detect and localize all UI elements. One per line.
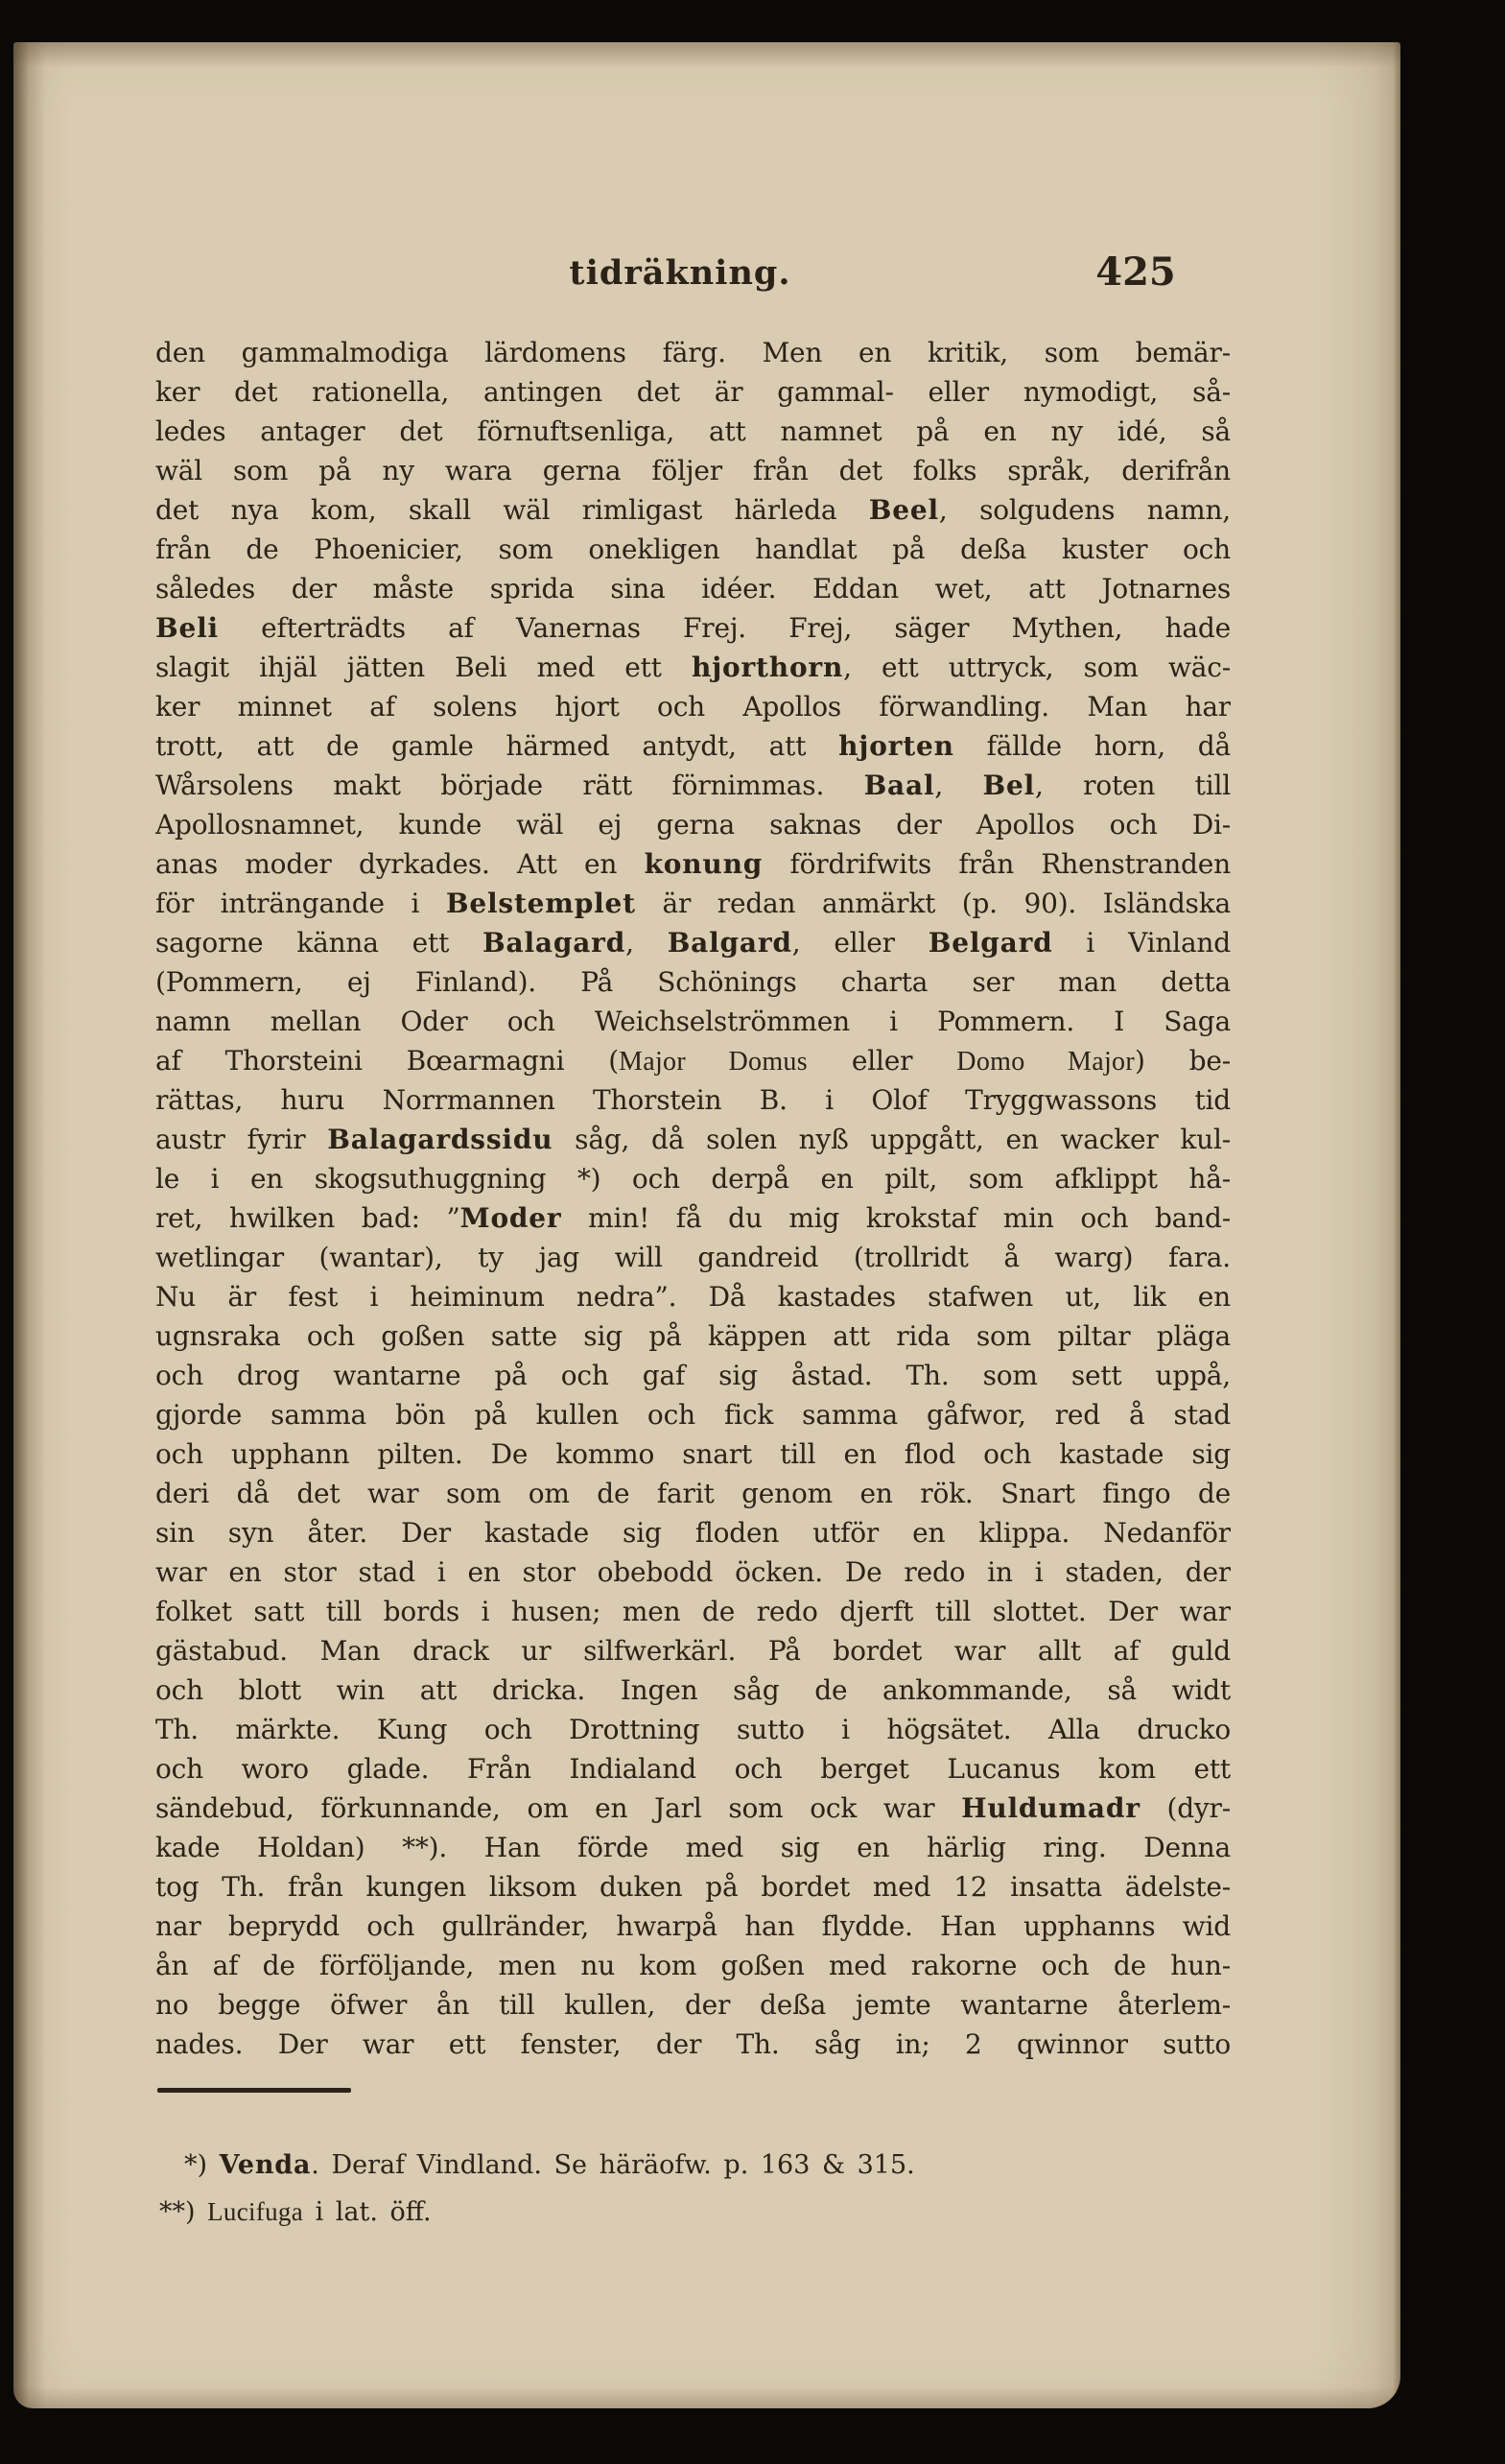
body-line: wetlingar (wantar), ty jag will gandreid… [155, 1238, 1231, 1277]
body-line: Nu är fest i heiminum nedra”. Då kastade… [155, 1277, 1231, 1316]
running-header-title: tidräkning. [546, 253, 814, 293]
body-line: och drog wantarne på och gaf sig åstad. … [155, 1356, 1231, 1395]
body-line: tog Th. från kungen liksom duken på bord… [155, 1867, 1231, 1907]
body-line: ledes antager det förnuftsenliga, att na… [155, 412, 1231, 451]
body-line: ugnsraka och goßen satte sig på käppen a… [155, 1316, 1231, 1356]
body-line: gästabud. Man drack ur silfwerkärl. På b… [155, 1631, 1231, 1670]
body-line: le i en skogsuthuggning *) och derpå en … [155, 1159, 1231, 1198]
body-line: gjorde samma bön på kullen och fick samm… [155, 1395, 1231, 1434]
body-line: (Pommern, ej Finland). På Schönings char… [155, 962, 1231, 1002]
body-line: ker minnet af solens hjort och Apollos f… [155, 687, 1231, 726]
body-line: och woro glade. Från Indialand och berge… [155, 1749, 1231, 1789]
body-line: deri då det war som om de farit genom en… [155, 1474, 1231, 1513]
body-line: Wårsolens makt började rätt förnimmas. B… [155, 766, 1231, 805]
body-text: den gammalmodiga lärdomens färg. Men en … [155, 333, 1231, 2064]
body-line: anas moder dyrkades. Att en konung fördr… [155, 844, 1231, 884]
footnote-rule [157, 2088, 351, 2093]
body-line: war en stor stad i en stor obebodd öcken… [155, 1552, 1231, 1592]
body-line: slagit ihjäl jätten Beli med ett hjortho… [155, 648, 1231, 687]
body-line: från de Phoenicier, som onekligen handla… [155, 530, 1231, 569]
scanned-book-page: { "colors": { "paper": "#d9ccb2", "ink":… [0, 0, 1505, 2464]
body-line: och upphann pilten. De kommo snart till … [155, 1434, 1231, 1474]
body-line: austr fyrir Balagardssidu såg, då solen … [155, 1120, 1231, 1159]
footnote-line: *) Venda. Deraf Vindland. Se häräofw. p.… [155, 2142, 1231, 2189]
body-line: sändebud, förkunnande, om en Jarl som oc… [155, 1789, 1231, 1828]
footnote-line: **) Lucifuga i lat. öff. [155, 2189, 1231, 2236]
body-line: namn mellan Oder och Weichselströmmen i … [155, 1002, 1231, 1041]
body-line: kade Holdan) **). Han förde med sig en h… [155, 1828, 1231, 1867]
body-line: ker det rationella, antingen det är gamm… [155, 372, 1231, 412]
body-line: no begge öfwer ån till kullen, der deßa … [155, 1985, 1231, 2025]
page-number: 425 [1086, 249, 1186, 295]
body-line: ret, hwilken bad: ”Moder min! få du mig … [155, 1198, 1231, 1238]
body-line: folket satt till bords i husen; men de r… [155, 1592, 1231, 1631]
body-line: Beli efterträdts af Vanernas Frej. Frej,… [155, 608, 1231, 648]
body-line: för inträngande i Belstemplet är redan a… [155, 884, 1231, 923]
body-line: sin syn åter. Der kastade sig floden utf… [155, 1513, 1231, 1552]
body-line: Apollosnamnet, kunde wäl ej gerna saknas… [155, 805, 1231, 844]
footnotes: *) Venda. Deraf Vindland. Se häräofw. p.… [155, 2142, 1231, 2236]
body-line: således der måste sprida sina idéer. Edd… [155, 569, 1231, 608]
body-line: det nya kom, skall wäl rimligast härleda… [155, 490, 1231, 530]
body-line: och blott win att dricka. Ingen såg de a… [155, 1670, 1231, 1710]
body-line: af Thorsteini Bœarmagni (Major Domus ell… [155, 1041, 1231, 1080]
body-line: nades. Der war ett fenster, der Th. såg … [155, 2025, 1231, 2064]
body-line: rättas, huru Norrmannen Thorstein B. i O… [155, 1080, 1231, 1120]
page-paper: tidräkning. 425 den gammalmodiga lärdome… [13, 42, 1400, 2408]
body-line: wäl som på ny wara gerna följer från det… [155, 451, 1231, 490]
body-line: nar beprydd och gullränder, hwarpå han f… [155, 1907, 1231, 1946]
body-line: Th. märkte. Kung och Drottning sutto i h… [155, 1710, 1231, 1749]
body-line: sagorne känna ett Balagard, Balgard, ell… [155, 923, 1231, 962]
body-line: ån af de förföljande, men nu kom goßen m… [155, 1946, 1231, 1985]
body-line: trott, att de gamle härmed antydt, att h… [155, 726, 1231, 766]
body-line: den gammalmodiga lärdomens färg. Men en … [155, 333, 1231, 372]
